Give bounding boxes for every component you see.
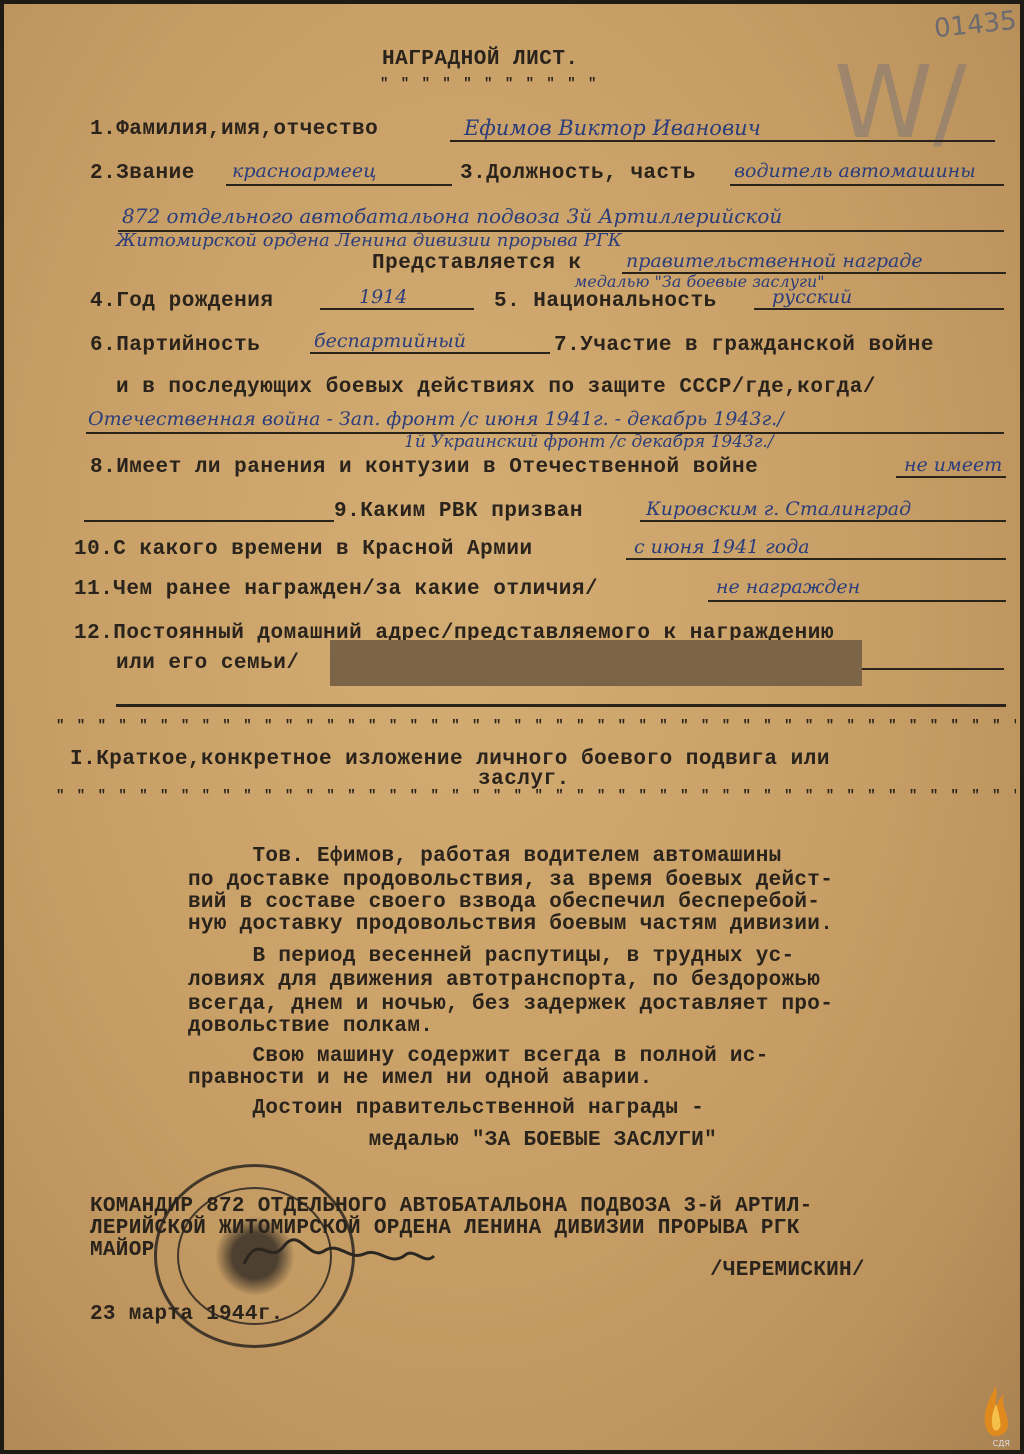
- underline: [84, 520, 334, 522]
- title-underline-ticks: " " " " " " " " " " " " " " " " " " ": [380, 76, 604, 92]
- field-label-name: 1.Фамилия,имя,отчество: [90, 118, 378, 141]
- underline: [310, 352, 550, 354]
- narrative-line: вий в составе своего взвода обеспечил бе…: [188, 892, 820, 914]
- field-value-nationality: русский: [772, 286, 852, 308]
- field-label-party: 6.Партийность: [90, 334, 260, 357]
- field-value-nominated: правительственной награде: [626, 250, 923, 272]
- underline: [116, 704, 1006, 707]
- document-date: 23 марта 1944г.: [90, 1304, 284, 1326]
- narrative-line: правности и не имел ни одной аварии.: [188, 1068, 652, 1090]
- handwritten-signature: [239, 1226, 439, 1276]
- field-value-name: Ефимов Виктор Иванович: [464, 116, 761, 140]
- narrative-line: В период весенней распутицы, в трудных у…: [188, 946, 794, 968]
- field-value-rank: красноармеец: [232, 160, 376, 182]
- field-value-unit-1: 872 отдельного автобатальона подвоза 3й …: [122, 204, 782, 228]
- field-label-rank: 2.Звание: [90, 162, 195, 185]
- field-label-birth-year: 4.Год рождения: [90, 290, 273, 313]
- narrative-line: по доставке продовольствия, за время бое…: [188, 870, 833, 892]
- narrative-line: ную доставку продовольствия боевым частя…: [188, 914, 833, 936]
- field-value-army-since: с июня 1941 года: [634, 536, 810, 558]
- field-label-combat: и в последующих боевых действиях по защи…: [116, 376, 876, 399]
- pencil-mark: W/: [834, 44, 967, 161]
- narrative-line: всегда, днем и ночью, без задержек доста…: [188, 994, 833, 1016]
- field-label-nominated: Представляется к: [372, 252, 582, 275]
- divider-ticks: " " " " " " " " " " " " " " " " " " " " …: [56, 788, 1016, 804]
- underline: [640, 520, 1006, 522]
- underline: [896, 476, 1006, 478]
- award-sheet-page: 01435 W/ НАГРАДНОЙ ЛИСТ. " " " " " " " "…: [4, 4, 1020, 1450]
- narrative-line: довольствие полкам.: [188, 1016, 433, 1038]
- field-label-position: 3.Должность, часть: [460, 162, 696, 185]
- underline: [226, 184, 452, 186]
- field-value-party: беспартийный: [314, 330, 466, 352]
- underline: [450, 140, 995, 142]
- underline: [320, 308, 474, 310]
- signature-line: КОМАНДИР 872 ОТДЕЛЬНОГО АВТОБАТАЛЬОНА ПО…: [90, 1196, 813, 1218]
- field-value-birth-year: 1914: [359, 286, 407, 308]
- redacted-address: [330, 640, 862, 686]
- underline: [626, 558, 1006, 560]
- document-title: НАГРАДНОЙ ЛИСТ.: [382, 48, 579, 71]
- flame-logo-icon: [978, 1384, 1014, 1444]
- archive-number: 01435: [933, 6, 1018, 44]
- field-value-position: водитель автомашины: [734, 160, 976, 182]
- signature-line: МАЙОР: [90, 1240, 155, 1262]
- field-label-army-since: 10.С какого времени в Красной Армии: [74, 538, 533, 561]
- field-value-prior-awards: не награжден: [716, 576, 860, 598]
- narrative-line: ловиях для движения автотранспорта, по б…: [188, 970, 820, 992]
- underline: [730, 184, 1004, 186]
- field-label-wounds: 8.Имеет ли ранения и контузии в Отечеств…: [90, 456, 758, 479]
- divider-ticks: " " " " " " " " " " " " " " " " " " " " …: [56, 718, 1016, 734]
- field-value-unit-2: Житомирской ордена Ленина дивизии прорыв…: [116, 230, 622, 251]
- narrative-line: Достоин правительственной награды -: [188, 1098, 704, 1120]
- signer-name: /ЧЕРЕМИСКИН/: [710, 1260, 865, 1282]
- field-label-civil-war: 7.Участие в гражданской войне: [554, 334, 934, 357]
- narrative-line: Свою машину содержит всегда в полной ис-: [188, 1046, 769, 1068]
- field-label-rvk: 9.Каким РВК призван: [334, 500, 583, 523]
- watermark-text: СДЯ: [993, 1439, 1010, 1448]
- underline: [862, 668, 1004, 670]
- signature-line: ЛЕРИЙСКОЙ ЖИТОМИРСКОЙ ОРДЕНА ЛЕНИНА ДИВИ…: [90, 1218, 800, 1240]
- field-label-nationality: 5. Национальность: [494, 290, 717, 313]
- field-value-war-1: Отечественная война - Зап. фронт /с июня…: [88, 408, 784, 430]
- underline: [708, 600, 1006, 602]
- field-value-wounds: не имеет: [904, 454, 1002, 476]
- narrative-line: медалью "ЗА БОЕВЫЕ ЗАСЛУГИ": [188, 1130, 717, 1152]
- field-label-prior-awards: 11.Чем ранее награжден/за какие отличия/: [74, 578, 598, 601]
- underline: [754, 308, 1004, 310]
- field-value-war-2: 1й Украинский фронт /с декабря 1943г./: [404, 432, 774, 452]
- field-label-family: или его семьи/: [116, 652, 299, 675]
- section-heading: I.Краткое,конкретное изложение личного б…: [70, 748, 830, 771]
- field-value-rvk: Кировским г. Сталинград: [646, 498, 911, 520]
- narrative-line: Тов. Ефимов, работая водителем автомашин…: [188, 846, 782, 868]
